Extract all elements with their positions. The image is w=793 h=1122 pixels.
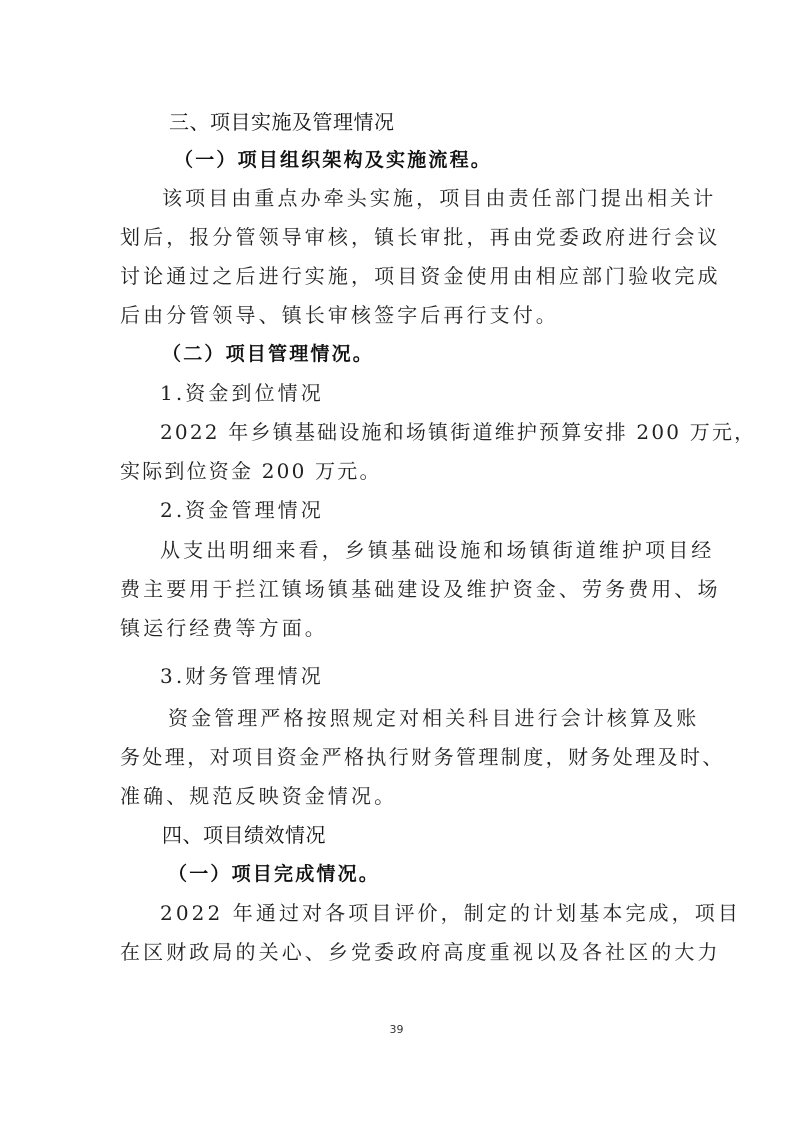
paragraph-line: 资金管理严格按照规定对相关科目进行会计核算及账 xyxy=(168,705,699,731)
section-heading-3: 三、项目实施及管理情况 xyxy=(169,109,395,135)
item-title-2: 2.资金管理情况 xyxy=(160,497,324,523)
paragraph-line: 准确、规范反映资金情况。 xyxy=(120,783,397,809)
paragraph-line: 从支出明细来看，乡镇基础设施和场镇街道维护项目经 xyxy=(160,537,714,563)
paragraph-line: 2022 年乡镇基础设施和场镇街道维护预算安排 200 万元， xyxy=(160,419,756,445)
subsection-heading-4-1: （一）项目完成情况。 xyxy=(168,861,380,887)
document-page: 三、项目实施及管理情况 （一）项目组织架构及实施流程。 该项目由重点办牵头实施，… xyxy=(0,0,793,1122)
paragraph-line: 该项目由重点办牵头实施，项目由责任部门提出相关计 xyxy=(162,185,716,211)
paragraph-line: 镇运行经费等方面。 xyxy=(120,615,328,641)
paragraph-line: 费主要用于拦江镇场镇基础建设及维护资金、劳务费用、场 xyxy=(120,576,721,602)
subsection-heading-3-2: （二）项目管理情况。 xyxy=(162,341,374,367)
section-heading-4: 四、项目绩效情况 xyxy=(162,822,326,848)
paragraph-line: 务处理，对项目资金严格执行财务管理制度，财务处理及时、 xyxy=(120,744,725,770)
subsection-heading-3-1: （一）项目组织架构及实施流程。 xyxy=(174,147,492,173)
paragraph-line: 讨论通过之后进行实施，项目资金使用由相应部门验收完成 xyxy=(120,263,721,289)
paragraph-line: 在区财政局的关心、乡党委政府高度重视以及各社区的大力 xyxy=(120,939,721,965)
paragraph-line: 划后，报分管领导审核，镇长审批，再由党委政府进行会议 xyxy=(120,224,721,250)
item-title-3: 3.财务管理情况 xyxy=(160,663,324,689)
paragraph-line: 后由分管领导、镇长审核签字后再行支付。 xyxy=(120,302,559,328)
page-number: 39 xyxy=(0,1023,793,1036)
item-title-1: 1.资金到位情况 xyxy=(160,380,324,406)
paragraph-line: 实际到位资金 200 万元。 xyxy=(120,458,382,484)
paragraph-line: 2022 年通过对各项目评价，制定的计划基本完成，项目 xyxy=(160,900,741,926)
